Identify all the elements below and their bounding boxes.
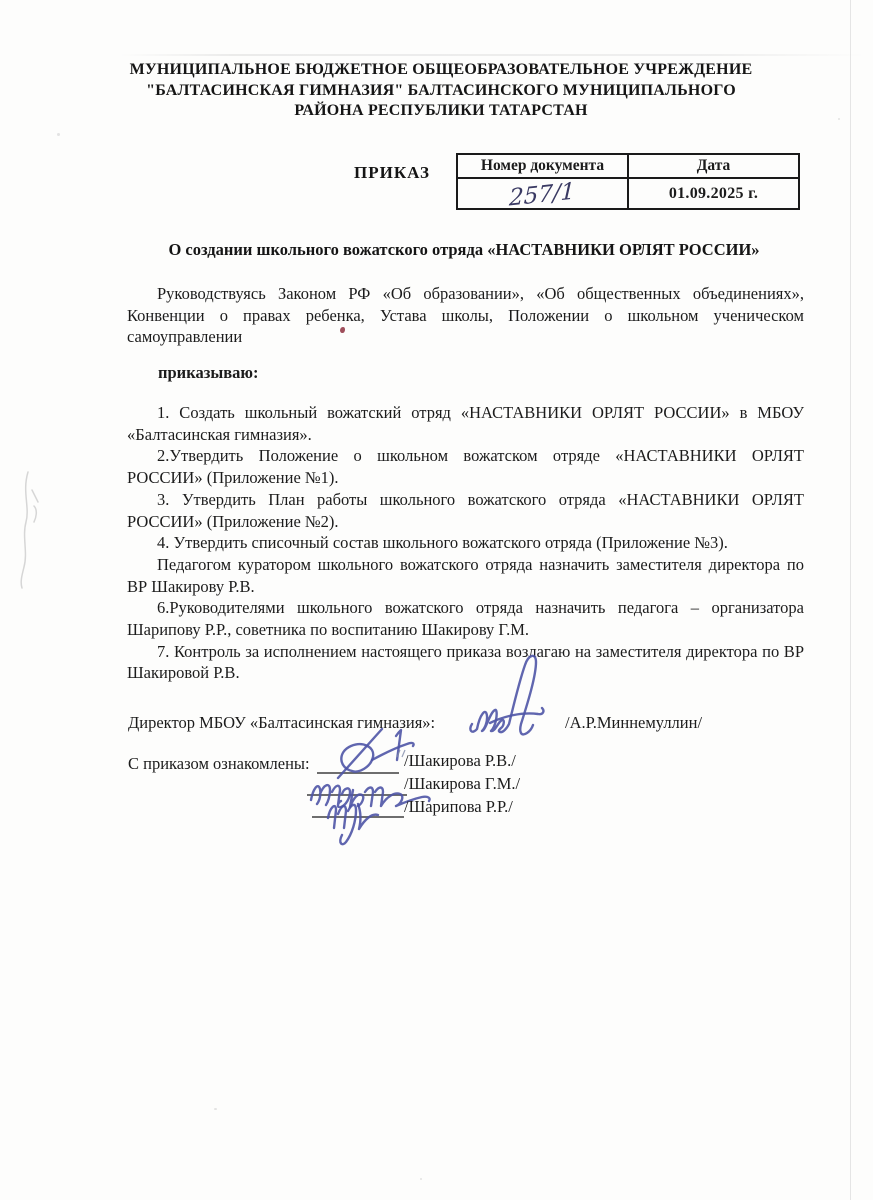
order-subject: О создании школьного вожатского отряда «… (128, 240, 800, 260)
order-item-6: 6.Руководителями школьного вожатского от… (127, 597, 804, 640)
handwritten-document-number: 257/1 (509, 178, 576, 211)
scan-edge-line (850, 0, 851, 1200)
order-item-3: 3. Утвердить План работы школьного вожат… (127, 489, 804, 532)
order-item-5: Педагогом куратором школьного вожатского… (127, 554, 804, 597)
org-header-line-3: РАЙОНА РЕСПУБЛИКИ ТАТАРСТАН (96, 101, 786, 122)
organization-header: МУНИЦИПАЛЬНОЕ БЮДЖЕТНОЕ ОБЩЕОБРАЗОВАТЕЛЬ… (96, 60, 786, 122)
scan-smudge-artifact (8, 462, 58, 592)
order-item-1: 1. Создать школьный вожатский отряд «НАС… (127, 402, 804, 445)
acknowledged-label: С приказом ознакомлены: (128, 754, 310, 774)
scanned-order-document: МУНИЦИПАЛЬНОЕ БЮДЖЕТНОЕ ОБЩЕОБРАЗОВАТЕЛЬ… (0, 0, 873, 1200)
acknowledged-name-2: /Шакирова Г.М./ (404, 774, 520, 794)
number-column-header: Номер документа (457, 154, 628, 178)
document-date-cell: 01.09.2025 г. (628, 178, 799, 209)
org-header-line-1: МУНИЦИПАЛЬНОЕ БЮДЖЕТНОЕ ОБЩЕОБРАЗОВАТЕЛЬ… (96, 60, 786, 81)
order-item-2: 2.Утвердить Положение о школьном вожатск… (127, 445, 804, 488)
scan-speck (214, 1108, 217, 1110)
director-signature (464, 650, 559, 750)
scan-streak-artifact (120, 54, 865, 56)
pen-tick-artifact (394, 748, 408, 760)
preamble-paragraph: Руководствуясь Законом РФ «Об образовани… (127, 283, 804, 348)
order-item-4: 4. Утвердить списочный состав школьного … (127, 532, 804, 554)
order-meta-table: Номер документа Дата 257/1 01.09.2025 г. (456, 153, 800, 210)
acknowledged-name-3: /Шарипова Р.Р./ (404, 797, 513, 817)
org-header-line-2: "БАЛТАСИНСКАЯ ГИМНАЗИЯ" БАЛТАСИНСКОГО МУ… (96, 81, 786, 102)
document-number-cell: 257/1 (457, 178, 628, 209)
scan-speck (57, 133, 60, 136)
scan-speck (420, 1178, 422, 1180)
order-items: 1. Создать школьный вожатский отряд «НАС… (127, 402, 804, 684)
order-title: ПРИКАЗ (354, 163, 430, 183)
decree-word: приказываю: (158, 363, 258, 383)
date-column-header: Дата (628, 154, 799, 178)
acknowledged-name-1: /Шакирова Р.В./ (404, 751, 516, 771)
scan-speck (838, 118, 840, 120)
director-name: /А.Р.Миннемуллин/ (565, 713, 702, 733)
